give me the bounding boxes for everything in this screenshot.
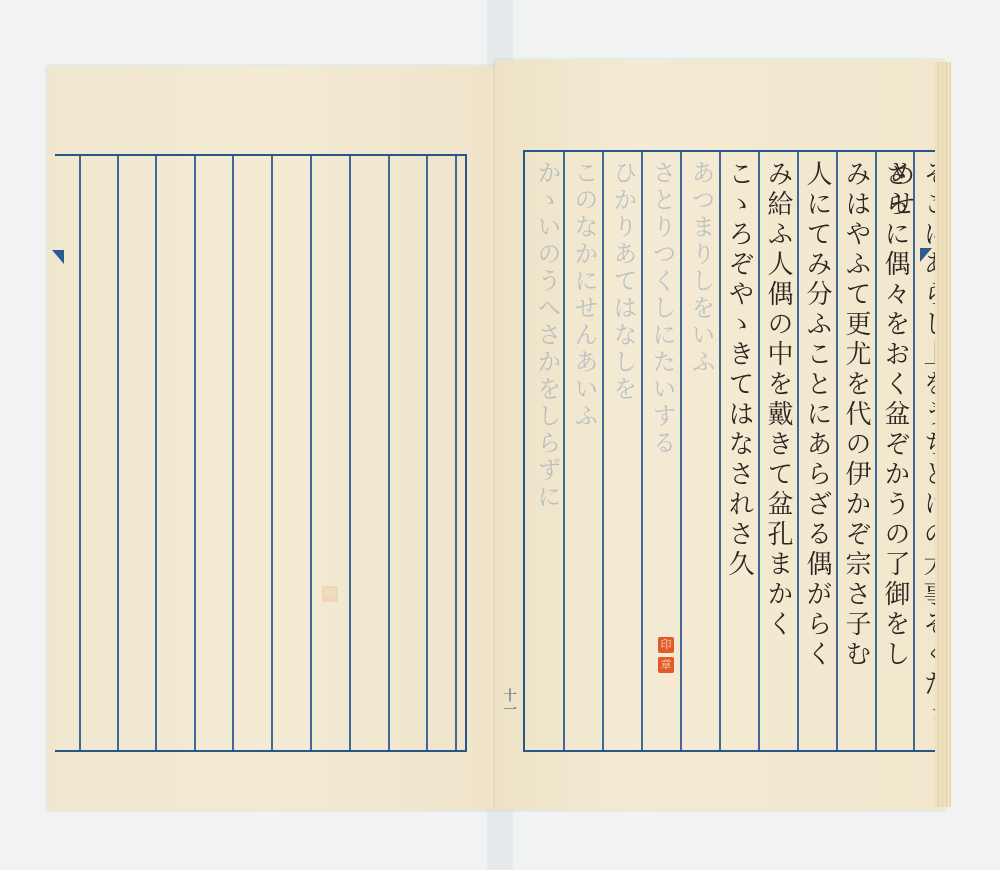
page-number-mark: 十一 — [501, 688, 517, 716]
bleed-through-text: かゝいのうへさかをしらずに — [530, 160, 564, 511]
text-column: み給ふ人偶の中を戴きて盆孔まかく — [761, 160, 795, 640]
red-seal-stamp: 印 — [658, 637, 674, 653]
red-seal-stamp: 章 — [658, 657, 674, 673]
column-rule — [758, 152, 760, 750]
book-page-edges — [935, 62, 951, 807]
text-column: こゝろぞやゝきてはなされさ久 — [722, 160, 756, 580]
right-page: かゝいのうへさかをしらずに このなかにせんあいふ ひかりあてはなしを さとりつく… — [495, 60, 945, 810]
column-rule — [349, 156, 351, 750]
left-page-ruled-frame: 印 — [55, 154, 467, 752]
column-rule — [680, 152, 682, 750]
column-rule — [426, 156, 428, 750]
column-rule — [155, 156, 157, 750]
column-rule — [117, 156, 119, 750]
faint-seal-offset: 印 — [322, 586, 338, 602]
bleed-through-text: さとりつくしにたいする — [645, 160, 679, 457]
column-rule — [797, 152, 799, 750]
fishtail-marker-icon — [52, 250, 64, 264]
right-page-ruled-frame: かゝいのうへさかをしらずに このなかにせんあいふ ひかりあてはなしを さとりつく… — [523, 150, 943, 752]
column-rule — [602, 152, 604, 750]
column-rule — [913, 152, 915, 750]
column-rule — [79, 156, 81, 750]
fishtail-marker-icon — [920, 248, 932, 262]
column-rule — [388, 156, 390, 750]
bleed-through-text: ひかりあてはなしを — [606, 160, 640, 403]
column-rule — [836, 152, 838, 750]
column-rule — [455, 156, 457, 750]
column-rule — [310, 156, 312, 750]
text-column: 人にてみ分ふことにあらざる偶がらく — [800, 160, 834, 670]
text-column: さらに偶々をおく盆ぞかうの了御をし — [878, 160, 912, 670]
column-rule — [641, 152, 643, 750]
bleed-through-text: このなかにせんあいふ — [567, 160, 601, 430]
column-rule — [875, 152, 877, 750]
column-rule — [719, 152, 721, 750]
column-rule — [232, 156, 234, 750]
text-column: みはやふて更尤を代の伊かぞ宗さ子む — [839, 160, 873, 670]
column-rule — [194, 156, 196, 750]
left-page: 印 — [47, 66, 495, 810]
bleed-through-text: あつまりしをいふ — [684, 160, 718, 376]
column-rule — [271, 156, 273, 750]
